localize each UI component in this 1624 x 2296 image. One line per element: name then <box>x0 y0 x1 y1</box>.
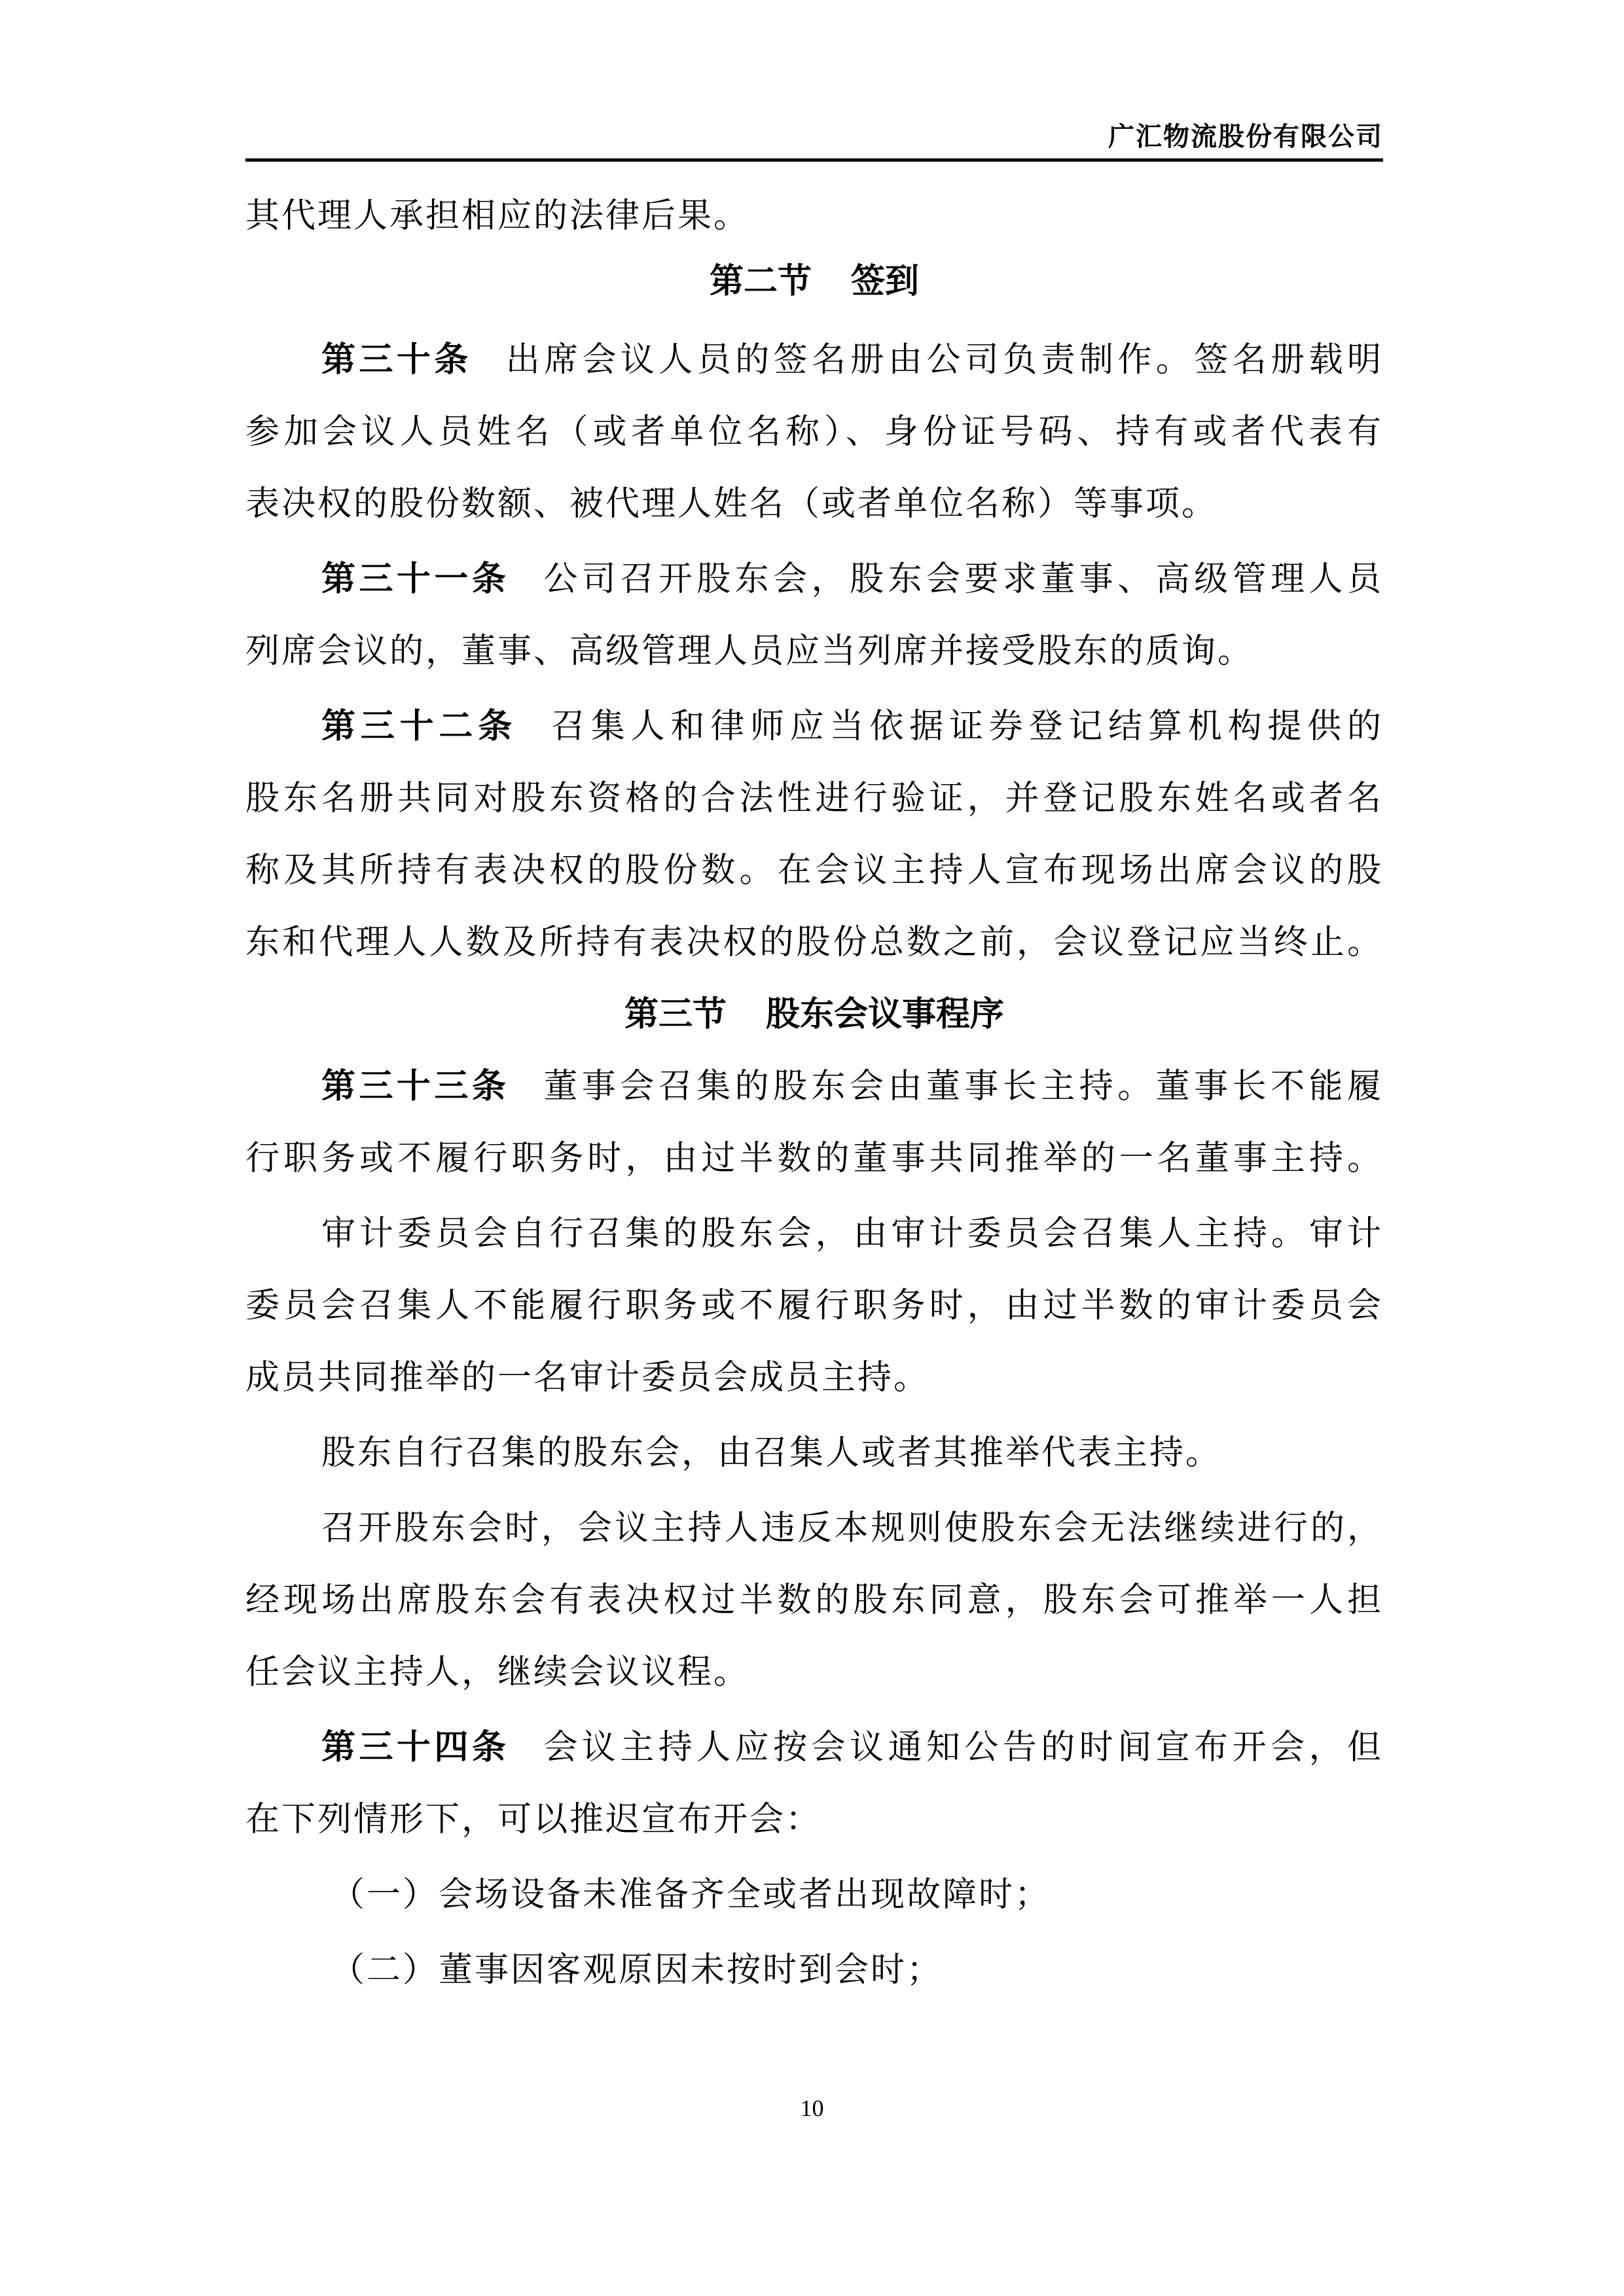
article-33-line-1: 第三十三条董事会召集的股东会由董事长主持。董事长不能履 <box>321 1060 1383 1113</box>
section-heading-3: 第三节股东会议事程序 <box>245 988 1383 1041</box>
article-33-para2-line-1: 审计委员会自行召集的股东会，由审计委员会召集人主持。审计 <box>321 1208 1383 1260</box>
section-title: 签到 <box>851 262 919 301</box>
company-name: 广汇物流股份有限公司 <box>1108 116 1383 153</box>
article-34-line-2: 在下列情形下，可以推迟宣布开会： <box>245 1793 821 1846</box>
section-title: 股东会议事程序 <box>766 995 1004 1034</box>
article-34-line-1: 第三十四条会议主持人应按会议通知公告的时间宣布开会，但 <box>321 1721 1383 1774</box>
page-header: 广汇物流股份有限公司 <box>245 111 1383 162</box>
article-label: 第三十二条 <box>321 707 517 746</box>
list-item-2: （二）董事因客观原因未按时到会时； <box>331 1944 943 1996</box>
article-33-para3-line-1: 股东自行召集的股东会，由召集人或者其推举代表主持。 <box>321 1427 1221 1479</box>
article-label: 第三十四条 <box>321 1728 509 1767</box>
article-33-para4-line-3: 任会议主持人，继续会议议程。 <box>245 1646 749 1698</box>
article-32-line-1: 第三十二条召集人和律师应当依据证券登记结算机构提供的 <box>321 700 1383 753</box>
article-32-line-3: 称及其所持有表决权的股份数。在会议主持人宣布现场出席会议的股 <box>245 844 1383 897</box>
page-number: 10 <box>0 2094 1624 2122</box>
article-33-para2-line-2: 委员会召集人不能履行职务或不履行职务时，由过半数的审计委员会 <box>245 1280 1383 1332</box>
section-number: 第二节 <box>710 262 812 301</box>
article-33-line-2: 行职务或不履行职务时，由过半数的董事共同推举的一名董事主持。 <box>245 1132 1383 1185</box>
article-32-line-4: 东和代理人人数及所持有表决权的股份总数之前，会议登记应当终止。 <box>245 916 1383 969</box>
article-33-para4-line-1: 召开股东会时，会议主持人违反本规则使股东会无法继续进行的， <box>321 1502 1383 1554</box>
article-32-line-2: 股东名册共同对股东资格的合法性进行验证，并登记股东姓名或者名 <box>245 772 1383 825</box>
article-30-line-3: 表决权的股份数额、被代理人姓名（或者单位名称）等事项。 <box>245 478 1218 530</box>
article-label: 第三十三条 <box>321 1067 509 1106</box>
article-label: 第三十一条 <box>321 560 509 599</box>
list-item-1: （一）会场设备未准备齐全或者出现故障时； <box>331 1869 1051 1921</box>
article-30-line-2: 参加会议人员姓名（或者单位名称）、身份证号码、持有或者代表有 <box>245 406 1383 458</box>
article-33-para4-line-2: 经现场出席股东会有表决权过半数的股东同意，股东会可推举一人担 <box>245 1574 1383 1626</box>
article-33-para2-line-3: 成员共同推举的一名审计委员会成员主持。 <box>245 1352 929 1404</box>
article-30-line-1: 第三十条出席会议人员的签名册由公司负责制作。签名册载明 <box>321 334 1383 386</box>
paragraph-line: 其代理人承担相应的法律后果。 <box>245 190 749 242</box>
article-31-line-1: 第三十一条公司召开股东会，股东会要求董事、高级管理人员 <box>321 553 1383 605</box>
section-heading-2: 第二节签到 <box>245 255 1383 308</box>
section-number: 第三节 <box>624 995 727 1034</box>
article-31-line-2: 列席会议的，董事、高级管理人员应当列席并接受股东的质询。 <box>245 625 1254 677</box>
article-label: 第三十条 <box>321 340 472 380</box>
